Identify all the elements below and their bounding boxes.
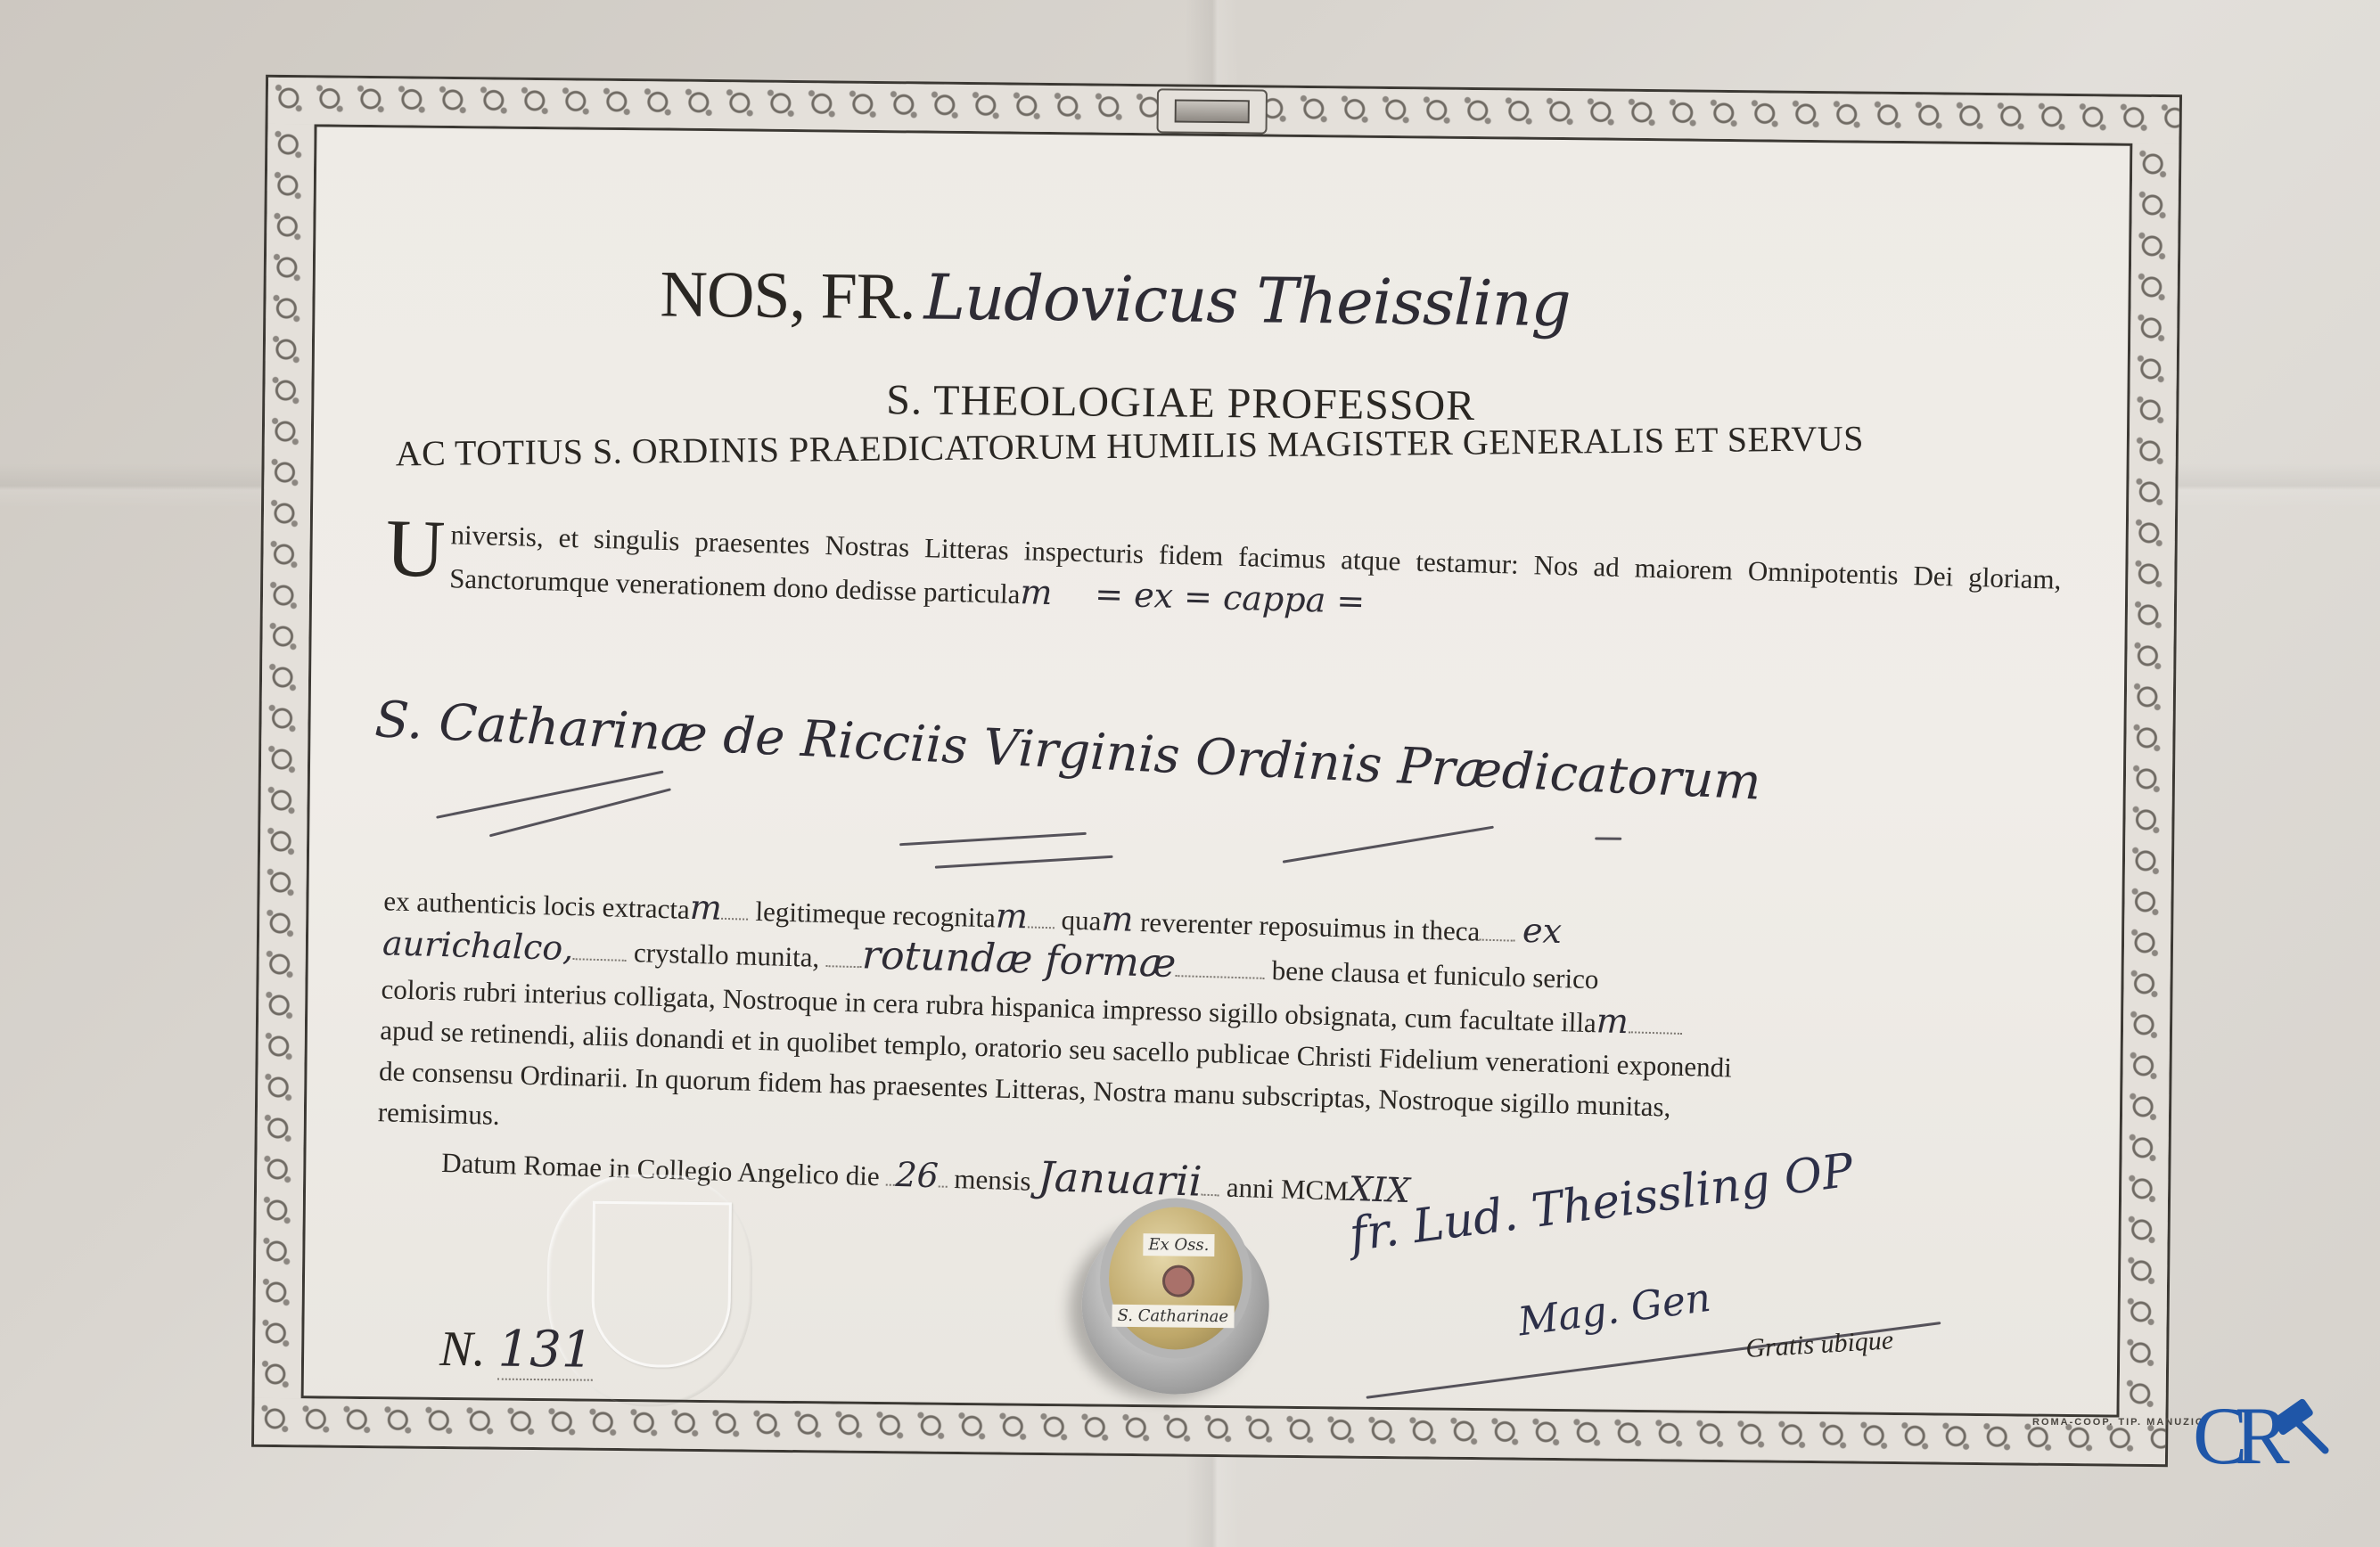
body-text-3b: bene clausa et funiculo serico [1265, 954, 1599, 994]
number-value: 131 [497, 1321, 594, 1381]
dotted-fill [1176, 975, 1265, 979]
hand-inline: m [1101, 899, 1134, 939]
dotted-fill [938, 1185, 947, 1187]
number-prefix: N. [439, 1322, 486, 1378]
dropcap-letter: U [385, 516, 446, 580]
dated-year-printed: MCM [1280, 1174, 1349, 1207]
hand-inline-tail: = ex = cappa = [1095, 574, 1366, 620]
reliquary-label-bottom: S. Catharinae [1112, 1305, 1234, 1328]
dotted-fill [886, 1184, 895, 1186]
dotted-fill [573, 958, 627, 962]
dotted-fill [1480, 939, 1515, 942]
dotted-fill [1028, 926, 1055, 929]
hand-inline: aurichalco, [382, 923, 574, 968]
body-text-2a: ex authenticis locis extracta [383, 885, 690, 925]
watermark-text: CR [2193, 1395, 2277, 1477]
body-text-2d: reverenter reposuimus in theca [1133, 906, 1481, 947]
header-printed-prefix: NOS, FR. [660, 258, 915, 333]
reliquary-label-top: Ex Oss. [1143, 1233, 1214, 1256]
dated-mensis: mensis [954, 1163, 1031, 1197]
gavel-handle-icon [2294, 1419, 2330, 1455]
body-text-2c: qua [1054, 904, 1101, 936]
reliquary-theca: Ex Oss. S. Catharinae [1071, 1179, 1279, 1412]
border-cartouche-ornament [1156, 88, 1268, 134]
dotted-fill [826, 965, 862, 968]
body-paragraph-2: ex authenticis locis extractam legitimeq… [377, 878, 2059, 1179]
body-text-3a: crystallo munita, [627, 937, 827, 973]
relic-fragment-icon [1162, 1265, 1194, 1297]
hand-inline: ex [1522, 911, 1563, 951]
dotted-fill [722, 918, 749, 921]
hand-inline: m [689, 888, 722, 928]
watermark-logo: CR [2193, 1395, 2353, 1493]
hand-inline: m [1596, 1001, 1629, 1041]
certificate-number: N. 131 [439, 1320, 594, 1381]
filler-stroke [1595, 837, 1621, 839]
hand-inline: rotundæ formæ [861, 932, 1177, 986]
certificate-sheet: NOS, FR.Ludovicus Theissling S. THEOLOGI… [251, 75, 2182, 1467]
printer-imprint: ROMA-COOP. TIP. MANUZIO [2032, 1417, 2205, 1428]
dotted-fill [1629, 1031, 1682, 1035]
handwritten-issuer-name: Ludovicus Theissling [923, 261, 1571, 341]
hand-inline: m [995, 896, 1028, 936]
header-name-line: NOS, FR.Ludovicus Theissling [660, 257, 1571, 342]
dated-day: 26 [895, 1155, 940, 1195]
body-text-2b: legitimeque recognita [748, 896, 996, 934]
hand-inline-suffix: m [1020, 572, 1053, 612]
embossed-shield-icon [591, 1201, 732, 1369]
